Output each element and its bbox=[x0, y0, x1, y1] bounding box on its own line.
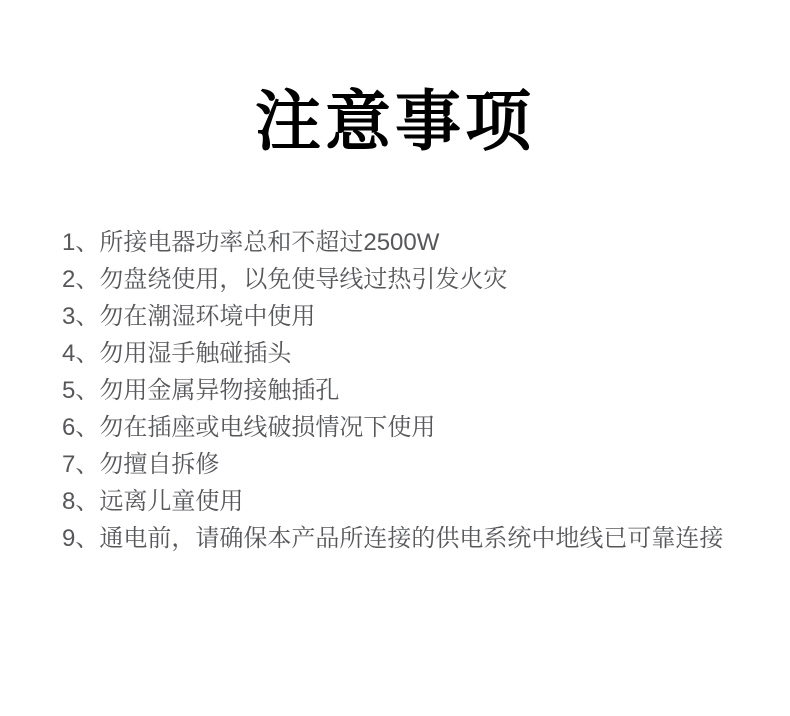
notice-text: 勿在插座或电线破损情况下使用 bbox=[99, 414, 435, 441]
notice-text: 勿用金属异物接触插孔 bbox=[99, 377, 339, 404]
notice-number: 6、 bbox=[62, 414, 99, 441]
notice-item-7: 7、勿擅自拆修 bbox=[62, 446, 760, 483]
notice-number: 9、 bbox=[62, 525, 99, 552]
notice-item-3: 3、勿在潮湿环境中使用 bbox=[62, 298, 760, 335]
notice-text: 通电前，请确保本产品所连接的供电系统中地线已可靠连接 bbox=[99, 525, 723, 552]
notice-item-4: 4、勿用湿手触碰插头 bbox=[62, 335, 760, 372]
notice-item-9: 9、通电前，请确保本产品所连接的供电系统中地线已可靠连接 bbox=[62, 520, 760, 557]
notice-text: 所接电器功率总和不超过2500W bbox=[99, 229, 439, 256]
notice-item-8: 8、远离儿童使用 bbox=[62, 483, 760, 520]
notice-text: 勿在潮湿环境中使用 bbox=[99, 303, 315, 330]
notice-item-2: 2、勿盘绕使用，以免使导线过热引发火灾 bbox=[62, 261, 760, 298]
notice-number: 4、 bbox=[62, 340, 99, 367]
notice-item-6: 6、勿在插座或电线破损情况下使用 bbox=[62, 409, 760, 446]
notice-text: 勿擅自拆修 bbox=[99, 451, 219, 478]
notice-number: 8、 bbox=[62, 488, 99, 515]
notice-number: 7、 bbox=[62, 451, 99, 478]
page-title: 注意事项 bbox=[0, 0, 790, 160]
precautions-page: 注意事项 1、所接电器功率总和不超过2500W2、勿盘绕使用，以免使导线过热引发… bbox=[0, 0, 790, 716]
notice-number: 5、 bbox=[62, 377, 99, 404]
notice-list: 1、所接电器功率总和不超过2500W2、勿盘绕使用，以免使导线过热引发火灾3、勿… bbox=[0, 224, 790, 557]
notice-text: 勿用湿手触碰插头 bbox=[99, 340, 291, 367]
notice-item-1: 1、所接电器功率总和不超过2500W bbox=[62, 224, 760, 261]
notice-text: 远离儿童使用 bbox=[99, 488, 243, 515]
notice-number: 1、 bbox=[62, 229, 99, 256]
notice-number: 3、 bbox=[62, 303, 99, 330]
notice-text: 勿盘绕使用，以免使导线过热引发火灾 bbox=[99, 266, 507, 293]
notice-number: 2、 bbox=[62, 266, 99, 293]
notice-item-5: 5、勿用金属异物接触插孔 bbox=[62, 372, 760, 409]
